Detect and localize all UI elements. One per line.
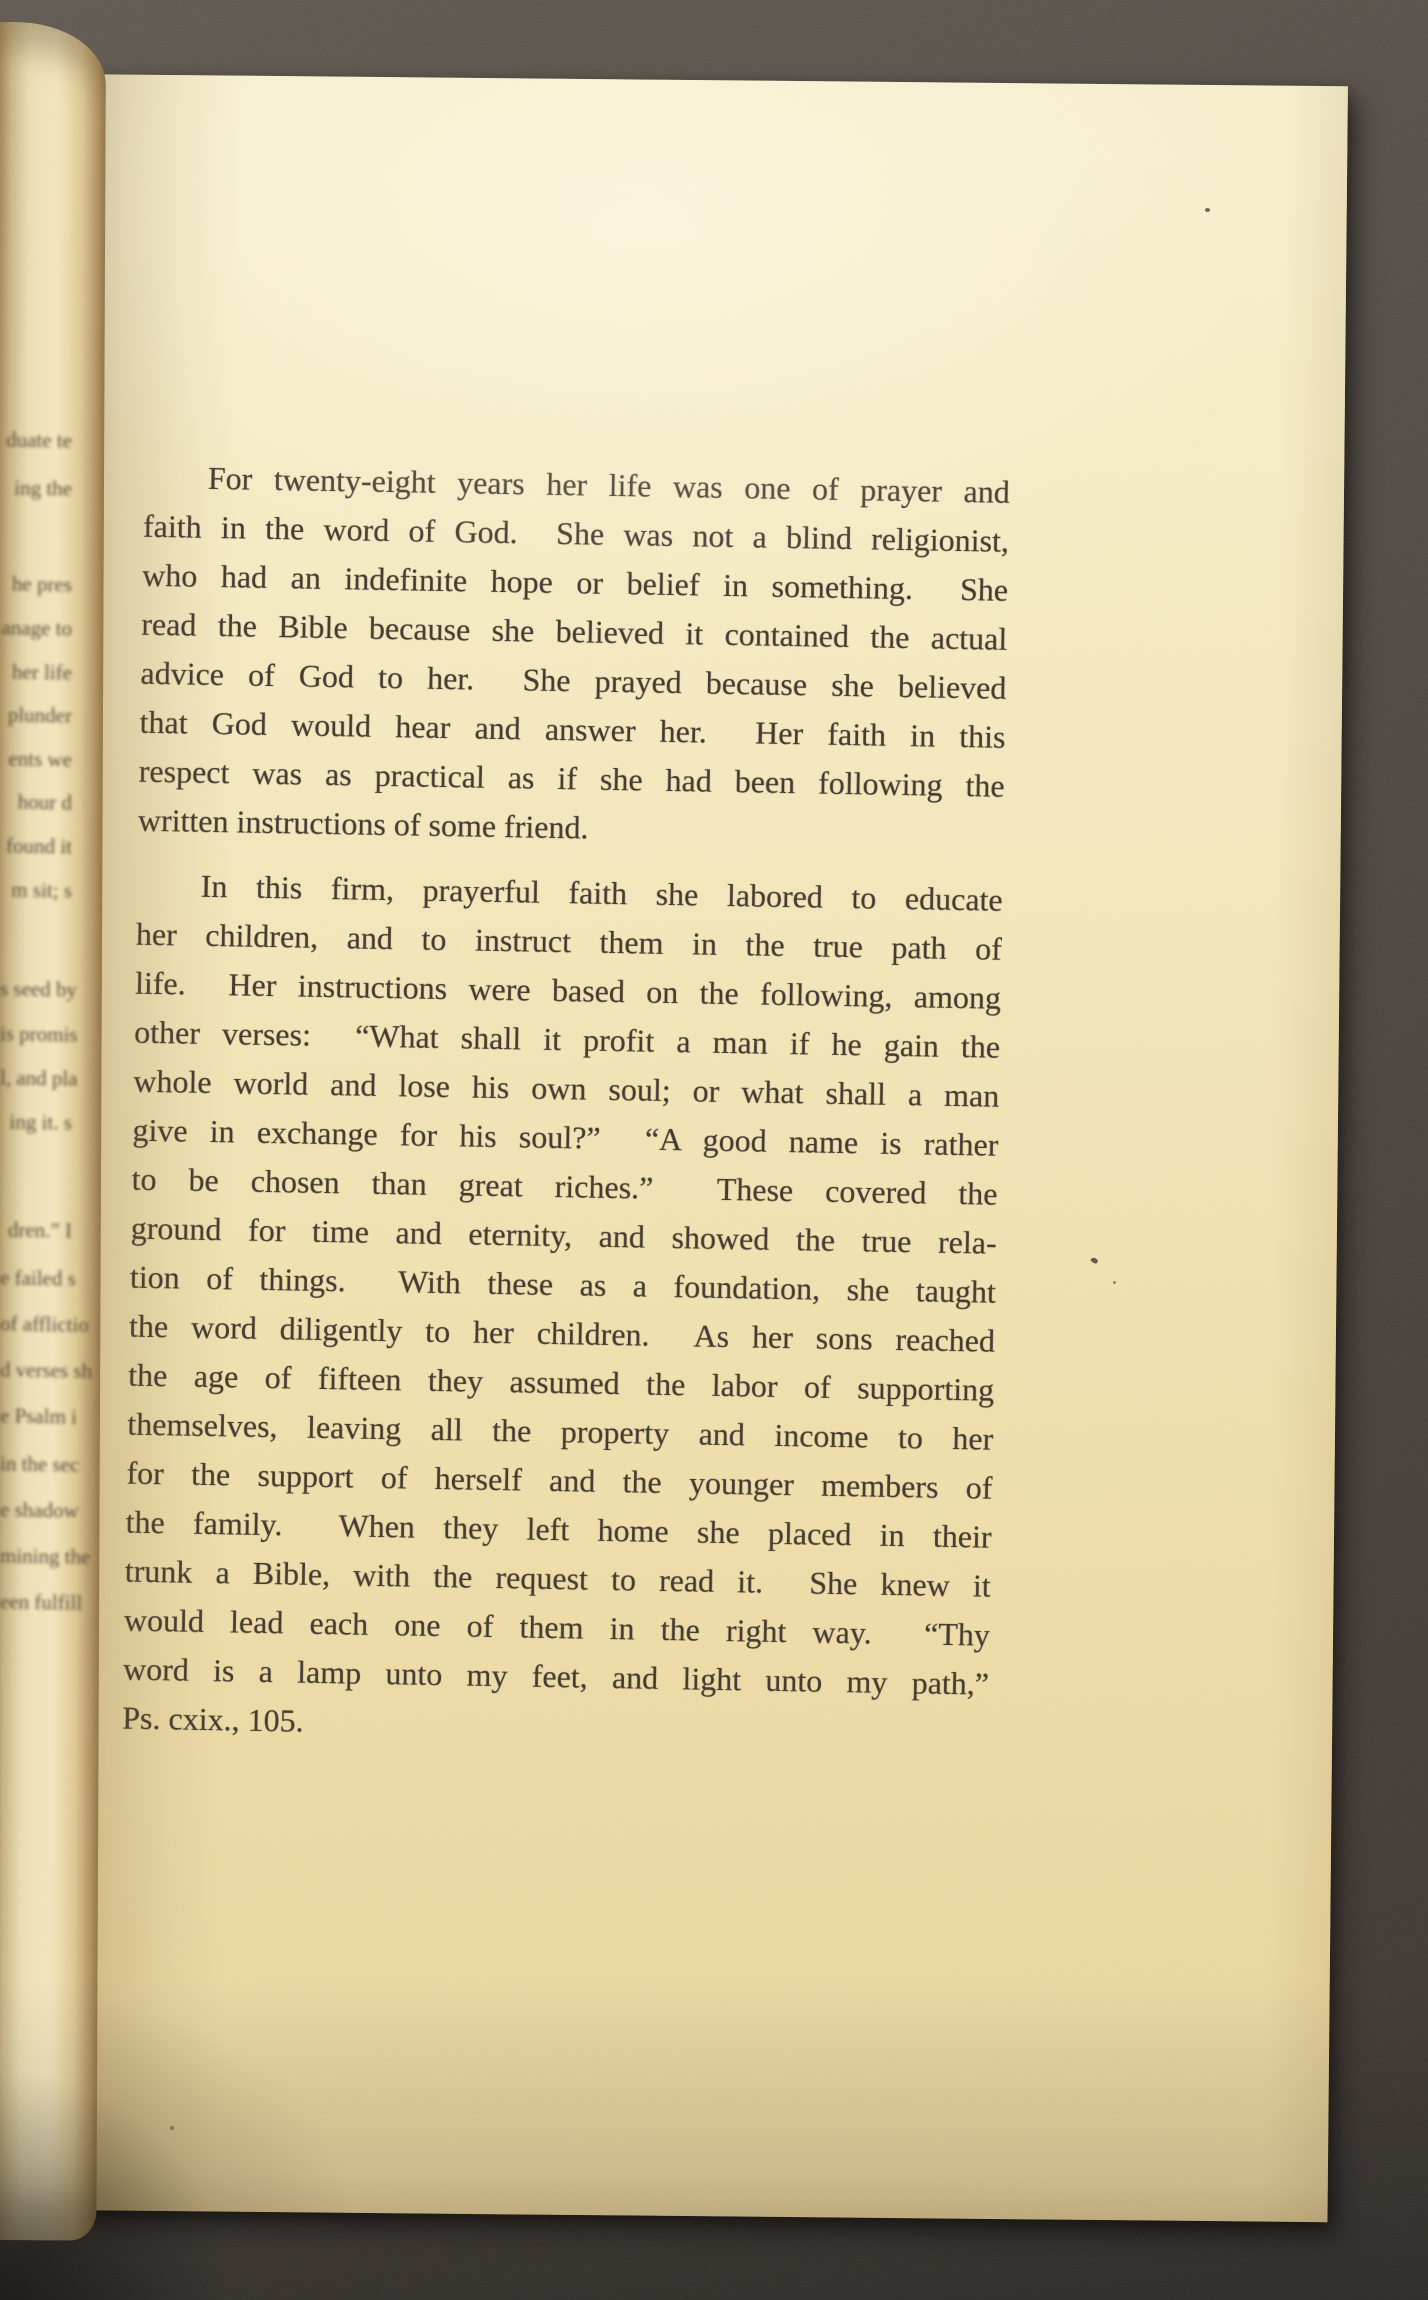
paragraph-1: For twenty-eight years her life was one … — [138, 453, 1011, 860]
book-photograph: For twenty-eight years her life was one … — [0, 0, 1428, 2300]
paper-speck — [170, 2126, 174, 2130]
paper-speck — [1113, 1281, 1116, 1284]
paper-speck — [1205, 208, 1210, 212]
paragraph-2: In this firm, prayerful faith she labore… — [122, 861, 1003, 1758]
page-text-block: For twenty-eight years her life was one … — [122, 453, 1010, 1758]
left-pages-curled-edge — [0, 22, 106, 2240]
book-right-page: For twenty-eight years her life was one … — [47, 74, 1347, 2222]
